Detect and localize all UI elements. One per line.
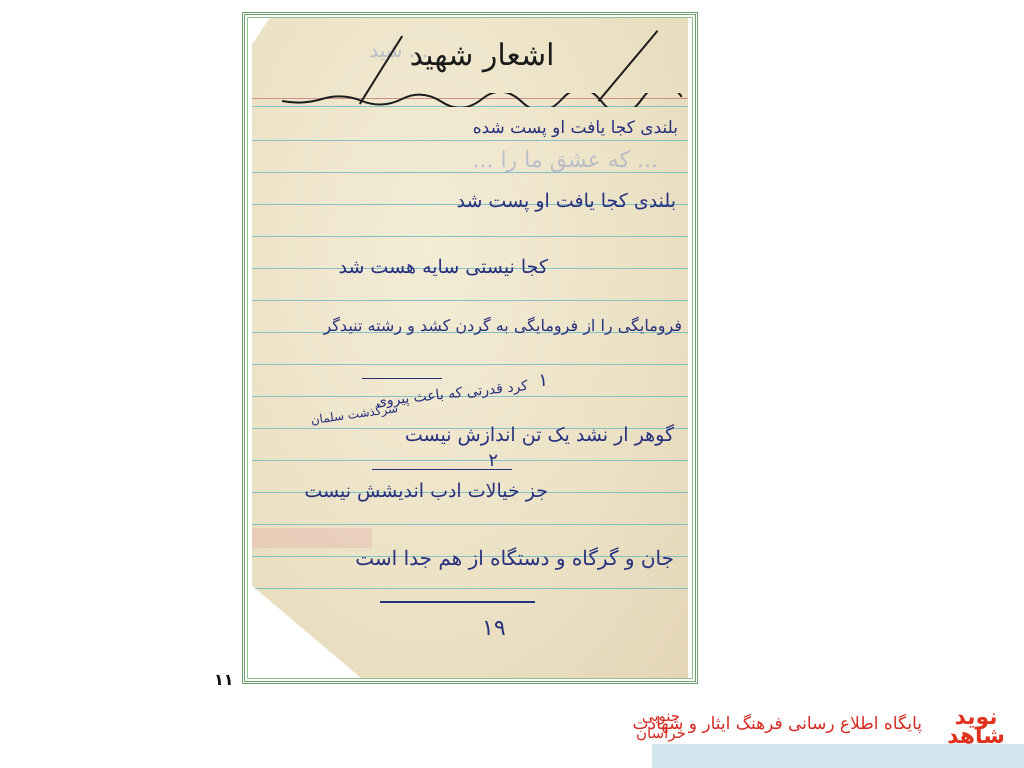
title-wavy-underline — [282, 93, 682, 107]
ruled-line — [252, 300, 688, 301]
ruled-line — [252, 140, 688, 141]
separator-line — [362, 378, 442, 379]
handwritten-line: کرد قدرتی که باعث پیروی — [375, 378, 529, 410]
book-page-number: ۱۱ — [214, 670, 234, 689]
page-title: اشعار شهید — [362, 38, 602, 73]
red-stain — [252, 528, 372, 548]
handwritten-line: جز خیالات ادب اندیشش نیست — [304, 480, 548, 502]
handwritten-line: کجا نیستی سایه هست شد — [338, 256, 548, 278]
closing-line — [380, 601, 535, 603]
ruled-line — [252, 236, 688, 237]
logo-mark: نوید شاهد — [928, 708, 1024, 746]
handwritten-line: بلندی کجا یافت او پست شده — [473, 118, 678, 138]
title-decoration — [598, 30, 659, 102]
handwritten-line: بلندی کجا یافت او پست شد — [456, 190, 676, 212]
ruled-line — [252, 460, 688, 461]
ruled-line — [252, 588, 688, 589]
verse-marker: ۲ — [488, 450, 498, 471]
handwritten-page-number: ۱۹ — [482, 616, 506, 641]
handwritten-line: گوهر ار نشد یک تن اندازش نیست — [405, 424, 674, 446]
site-logo[interactable]: جنوبی خراسان پایگاه اطلاع رسانی فرهنگ ای… — [632, 706, 1024, 768]
handwritten-line: فرومایگی را از فرومایگی به گردن کشد و رش… — [323, 316, 682, 335]
handwritten-line: جان و گرگاه و دستگاه از هم جدا است — [355, 546, 674, 570]
notebook-page: ... شید ... که عشق ما را ... اشعار شهید … — [252, 18, 688, 678]
handwritten-line: سرگذشت سلمان — [310, 401, 399, 427]
logo-tagline: پایگاه اطلاع رسانی فرهنگ ایثار و شهادت — [633, 714, 922, 734]
ruled-line — [252, 364, 688, 365]
ruled-line — [252, 524, 688, 525]
verse-marker: ۱ — [538, 370, 548, 391]
separator-line — [372, 469, 512, 470]
faded-pencil-note: ... که عشق ما را ... — [472, 148, 658, 173]
